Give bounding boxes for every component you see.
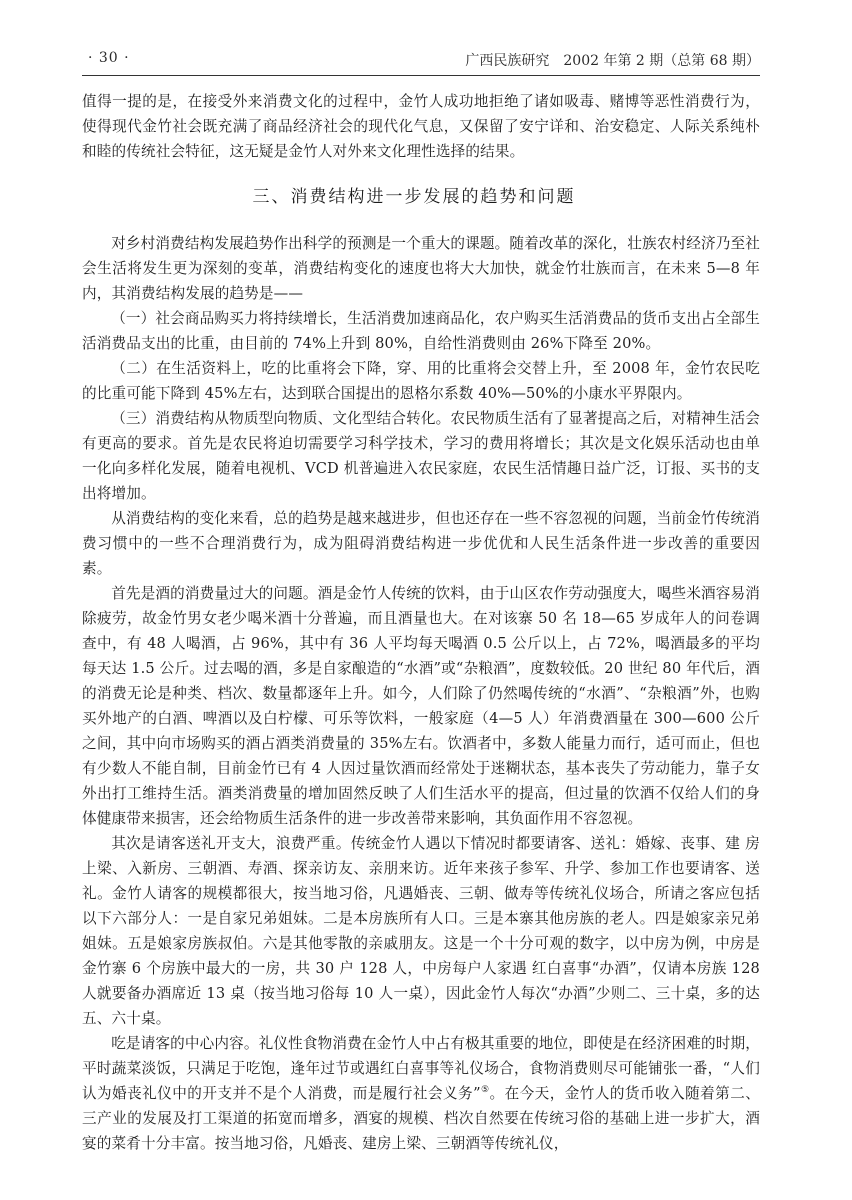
page-number: · 30 · [88, 50, 130, 66]
scan-speck: · · · [378, 1114, 403, 1121]
paragraph-1: 对乡村消费结构发展趋势作出科学的预测是一个重大的课题。随着改革的深化，壮族农村经… [82, 231, 760, 306]
paragraph-2: （一）社会商品购买力将持续增长，生活消费加速商品化，农户购买生活消费品的货币支出… [82, 306, 760, 356]
footnote-marker[interactable]: ⑤ [481, 1085, 490, 1095]
running-head: · 30 · 广西民族研究 2002 年第 2 期（总第 68 期） [82, 50, 760, 74]
paragraph-8: 吃是请客的中心内容。礼仪性食物消费在金竹人中占有极其重要的地位，即使是在经济困难… [82, 1031, 760, 1156]
article-body: 值得一提的是，在接受外来消费文化的过程中，金竹人成功地拒绝了诸如吸毒、赌博等恶性… [82, 89, 760, 1156]
paragraph-3: （二）在生活资料上，吃的比重将会下降，穿、用的比重将会交替上升，至 2008 年… [82, 356, 760, 406]
intro-paragraph: 值得一提的是，在接受外来消费文化的过程中，金竹人成功地拒绝了诸如吸毒、赌博等恶性… [82, 89, 760, 164]
paragraph-7: 其次是请客送礼开支大，浪费严重。传统金竹人遇以下情况时都要请客、送礼：婚嫁、丧事… [82, 831, 760, 1031]
paragraph-5: 从消费结构的变化来看，总的趋势是越来越进步，但也还存在一些不容忽视的问题，当前金… [82, 506, 760, 581]
header-rule [82, 75, 760, 76]
section-heading: 三、消费结构进一步发展的趋势和问题 [82, 184, 760, 210]
scan-speck: · · · · · [546, 1114, 590, 1121]
paragraph-4: （三）消费结构从物质型向物质、文化型结合转化。农民物质生活有了显著提高之后，对精… [82, 406, 760, 506]
journal-issue-info: 广西民族研究 2002 年第 2 期（总第 68 期） [465, 50, 760, 70]
paragraph-6: 首先是酒的消费量过大的问题。酒是金竹人传统的饮料，由于山区农作劳动强度大，喝些米… [82, 581, 760, 831]
